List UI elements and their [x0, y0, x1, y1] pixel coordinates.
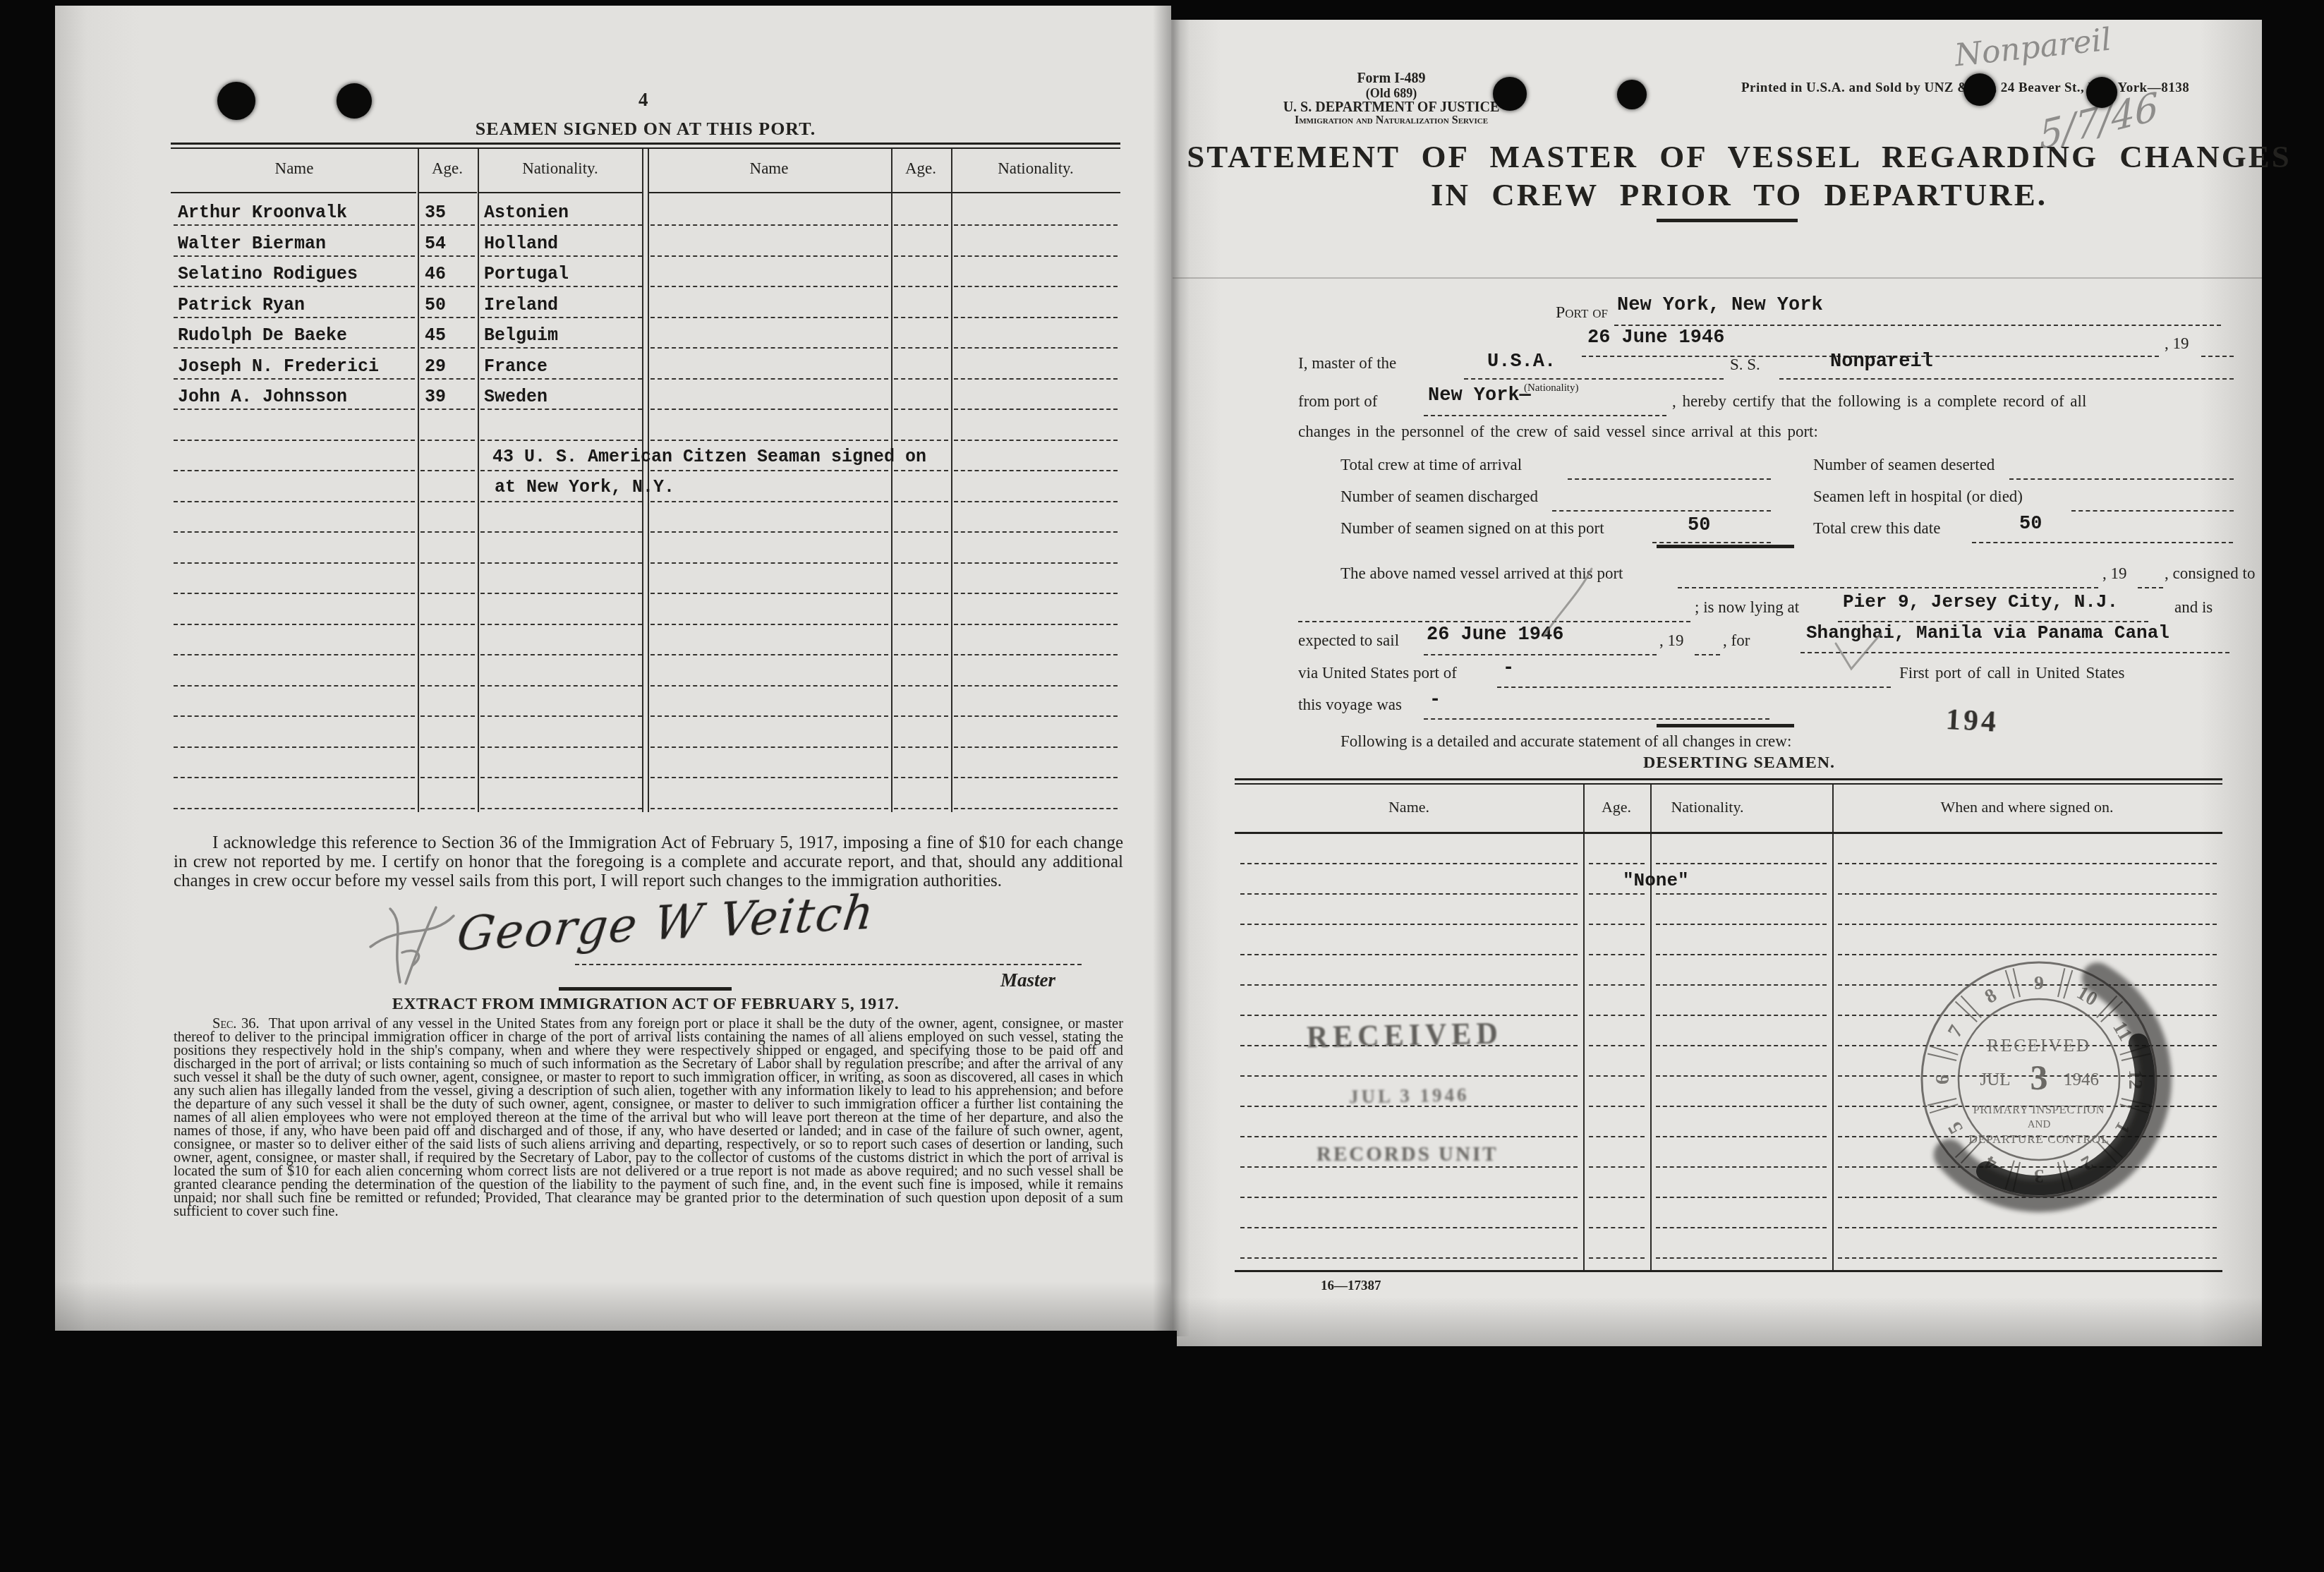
punch-hole: [1493, 77, 1527, 111]
pencil-check-marks: [0, 0, 2324, 1572]
punch-hole: [1617, 80, 1647, 109]
punch-hole: [217, 82, 255, 120]
punch-hole: [1963, 73, 1996, 106]
punch-hole: [337, 83, 372, 119]
film-scan: 4 SEAMEN SIGNED ON AT THIS PORT. Name Ag…: [0, 0, 2324, 1572]
punch-hole: [2086, 77, 2117, 108]
